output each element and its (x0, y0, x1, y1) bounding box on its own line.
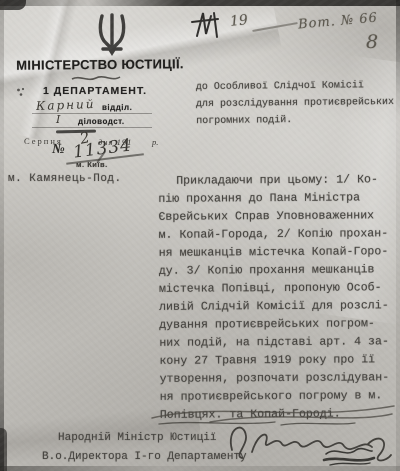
addressee-block: до Особливої Слідчої Комісії для розслід… (196, 77, 400, 130)
director-signature (322, 444, 378, 468)
department-title: 1 ДЕПАРТАМЕНТ. (20, 85, 170, 97)
document-photo: МІНІСТЕРСТВО ЮСТИЦІЇ. 1 ДЕПАРТАМЕНТ. Кар… (0, 0, 400, 471)
photo-edge-left (0, 0, 4, 471)
pencil-date-note: 19 (229, 12, 248, 30)
body-line: м. Копай-Города, 2/ Копію прохан- (159, 225, 400, 245)
dash-ornament (56, 130, 96, 134)
body-line: містечка Попівці, пропоную Особ- (159, 279, 400, 299)
desk-label: діловодст. (78, 117, 125, 126)
desk-handwritten: І (56, 113, 60, 126)
body-line: ливій Слідчій Комісії для розслі- (159, 297, 400, 317)
form-rule (32, 113, 152, 114)
body-line: ду. 3/ Копію прохання мешканців (159, 261, 400, 281)
number-sign: № (52, 142, 65, 158)
pencil-stroke (252, 22, 298, 32)
minister-title: Народній Міністр Юстиції (58, 432, 216, 444)
division-handwritten: Карний (36, 97, 96, 113)
body-line: них подій, на підставі арт. 4 за- (159, 333, 400, 353)
addressee-line: для розслідування протиєврейських (196, 94, 400, 113)
title-flourish (70, 74, 122, 83)
body-line: ня мешканців містечка Копай-Горо- (159, 243, 400, 263)
body-line: дування протиєврейських погром- (159, 315, 400, 335)
form-rule (32, 127, 152, 128)
body-line: Єврейських Справ Уповноваженних (158, 207, 400, 227)
pencil-page-number: 8 (366, 31, 378, 53)
addressee-line: погромних подій. (196, 111, 400, 130)
ink-smudge (16, 87, 26, 97)
addressee-line: до Особливої Слідчої Комісії (196, 77, 400, 96)
tryzub-emblem-icon (94, 13, 130, 57)
division-label: відділ. (102, 103, 132, 112)
date-suffix: р. (152, 137, 158, 147)
body-line: Прикладаючи при цьому: 1/ Ко- (158, 171, 400, 191)
director-title: В.о.Директора І-го Департаменту (42, 451, 247, 463)
body-line: кону 27 Травня 1919 року про її (159, 351, 400, 371)
body-line: пію прохання до Пана Міністра (158, 189, 400, 209)
city-printed: м. Київ. (76, 160, 108, 169)
photo-edge-top (0, 0, 400, 6)
city-typed: м. Камянець-Под. (8, 173, 122, 185)
body-line: утворення, розпочати розслідуван- (160, 369, 400, 389)
photo-corner-bottom-left (0, 428, 7, 471)
ministry-title: МІНІСТЕРСТВО ЮСТИЦІЇ. (10, 56, 190, 73)
pencil-entry-note: Вот. № 66 (297, 11, 378, 33)
body-text: Прикладаючи при цьому: 1/ Ко- пію прохан… (158, 171, 400, 425)
ink-scribble (190, 10, 224, 40)
